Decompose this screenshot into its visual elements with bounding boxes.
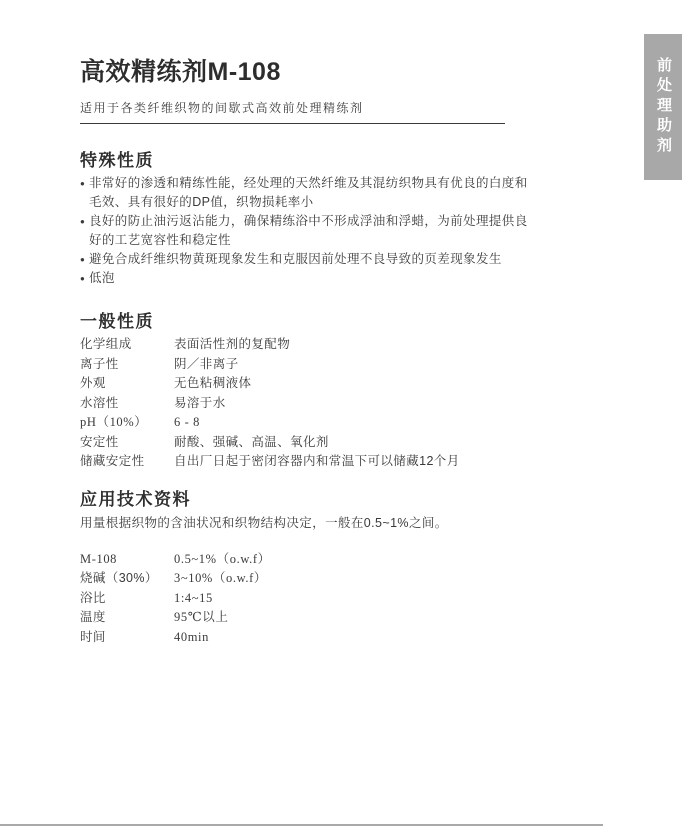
dosage-value: 0.5~1%（o.w.f）: [174, 550, 271, 570]
property-label: 化学组成: [80, 335, 174, 355]
page-subtitle: 适用于各类纤维织物的间歇式高效前处理精练剂: [80, 101, 540, 116]
dosage-label: M-108: [80, 550, 174, 570]
property-label: 离子性: [80, 355, 174, 375]
caustic-label: 烧碱（30%）: [80, 569, 174, 589]
property-label: 水溶性: [80, 394, 174, 414]
page-content: 高效精练剂M-108 适用于各类纤维织物的间歇式高效前处理精练剂 特殊性质 ● …: [80, 0, 540, 647]
property-value: 耐酸、强碱、高温、氧化剂: [174, 433, 329, 453]
category-side-tab: 前处理助剂: [644, 34, 682, 180]
liquor-ratio-label: 浴比: [80, 589, 174, 609]
category-side-tab-label: 前处理助剂: [644, 57, 682, 180]
page-bottom-edge-line: [0, 824, 603, 826]
table-row: 浴比 1:4~15: [80, 589, 540, 609]
table-row: pH（10%） 6 - 8: [80, 413, 540, 433]
table-row: 离子性 阴／非离子: [80, 355, 540, 375]
table-row: 储藏安定性 自出厂日起于密闭容器内和常温下可以储藏12个月: [80, 452, 540, 472]
application-intro: 用量根据织物的含油状况和织物结构决定，一般在0.5~1%之间。: [80, 514, 540, 533]
property-label: pH（10%）: [80, 413, 174, 433]
section-heading-special-properties: 特殊性质: [80, 150, 540, 171]
property-label: 储藏安定性: [80, 452, 174, 472]
page-title: 高效精练剂M-108: [80, 57, 540, 88]
property-value: 自出厂日起于密闭容器内和常温下可以储藏12个月: [174, 452, 460, 472]
caustic-value: 3~10%（o.w.f）: [174, 569, 267, 589]
bullet-dot-icon: ●: [80, 250, 85, 269]
list-item: ● 避免合成纤维织物黄斑现象发生和克服因前处理不良导致的页差现象发生: [80, 250, 532, 269]
document-page: 前处理助剂 高效精练剂M-108 适用于各类纤维织物的间歇式高效前处理精练剂 特…: [0, 0, 689, 833]
table-row: M-108 0.5~1%（o.w.f）: [80, 550, 540, 570]
temperature-label: 温度: [80, 608, 174, 628]
table-row: 时间 40min: [80, 628, 540, 648]
application-table: M-108 0.5~1%（o.w.f） 烧碱（30%） 3~10%（o.w.f）…: [80, 550, 540, 648]
list-item-text: 避免合成纤维织物黄斑现象发生和克服因前处理不良导致的页差现象发生: [89, 252, 502, 266]
list-item-text: 非常好的渗透和精练性能，经处理的天然纤维及其混纺织物具有优良的白度和 毛效、具有…: [89, 176, 528, 209]
property-label: 安定性: [80, 433, 174, 453]
list-item: ● 非常好的渗透和精练性能，经处理的天然纤维及其混纺织物具有优良的白度和 毛效、…: [80, 174, 532, 212]
section-heading-general-properties: 一般性质: [80, 311, 540, 332]
general-properties-table: 化学组成 表面活性剂的复配物 离子性 阴／非离子 外观 无色粘稠液体 水溶性 易…: [80, 335, 540, 472]
liquor-ratio-value: 1:4~15: [174, 589, 213, 609]
time-label: 时间: [80, 628, 174, 648]
property-value: 6 - 8: [174, 413, 200, 433]
table-row: 烧碱（30%） 3~10%（o.w.f）: [80, 569, 540, 589]
table-row: 安定性 耐酸、强碱、高温、氧化剂: [80, 433, 540, 453]
title-divider: [80, 123, 505, 124]
list-item: ● 低泡: [80, 269, 532, 288]
table-row: 外观 无色粘稠液体: [80, 374, 540, 394]
table-row: 水溶性 易溶于水: [80, 394, 540, 414]
bullet-dot-icon: ●: [80, 269, 85, 288]
property-value: 表面活性剂的复配物: [174, 335, 290, 355]
property-value: 易溶于水: [174, 394, 226, 414]
temperature-value: 95℃以上: [174, 608, 228, 628]
property-value: 阴／非离子: [174, 355, 239, 375]
list-item: ● 良好的防止油污返沾能力，确保精练浴中不形成浮油和浮蜡，为前处理提供良 好的工…: [80, 212, 532, 250]
list-item-text: 低泡: [89, 271, 115, 285]
section-heading-application-data: 应用技术资料: [80, 489, 540, 510]
bullet-dot-icon: ●: [80, 174, 85, 193]
special-properties-list: ● 非常好的渗透和精练性能，经处理的天然纤维及其混纺织物具有优良的白度和 毛效、…: [80, 174, 532, 288]
property-value: 无色粘稠液体: [174, 374, 251, 394]
property-label: 外观: [80, 374, 174, 394]
time-value: 40min: [174, 628, 209, 648]
list-item-text: 良好的防止油污返沾能力，确保精练浴中不形成浮油和浮蜡，为前处理提供良 好的工艺宽…: [89, 214, 528, 247]
bullet-dot-icon: ●: [80, 212, 85, 231]
table-row: 化学组成 表面活性剂的复配物: [80, 335, 540, 355]
table-row: 温度 95℃以上: [80, 608, 540, 628]
